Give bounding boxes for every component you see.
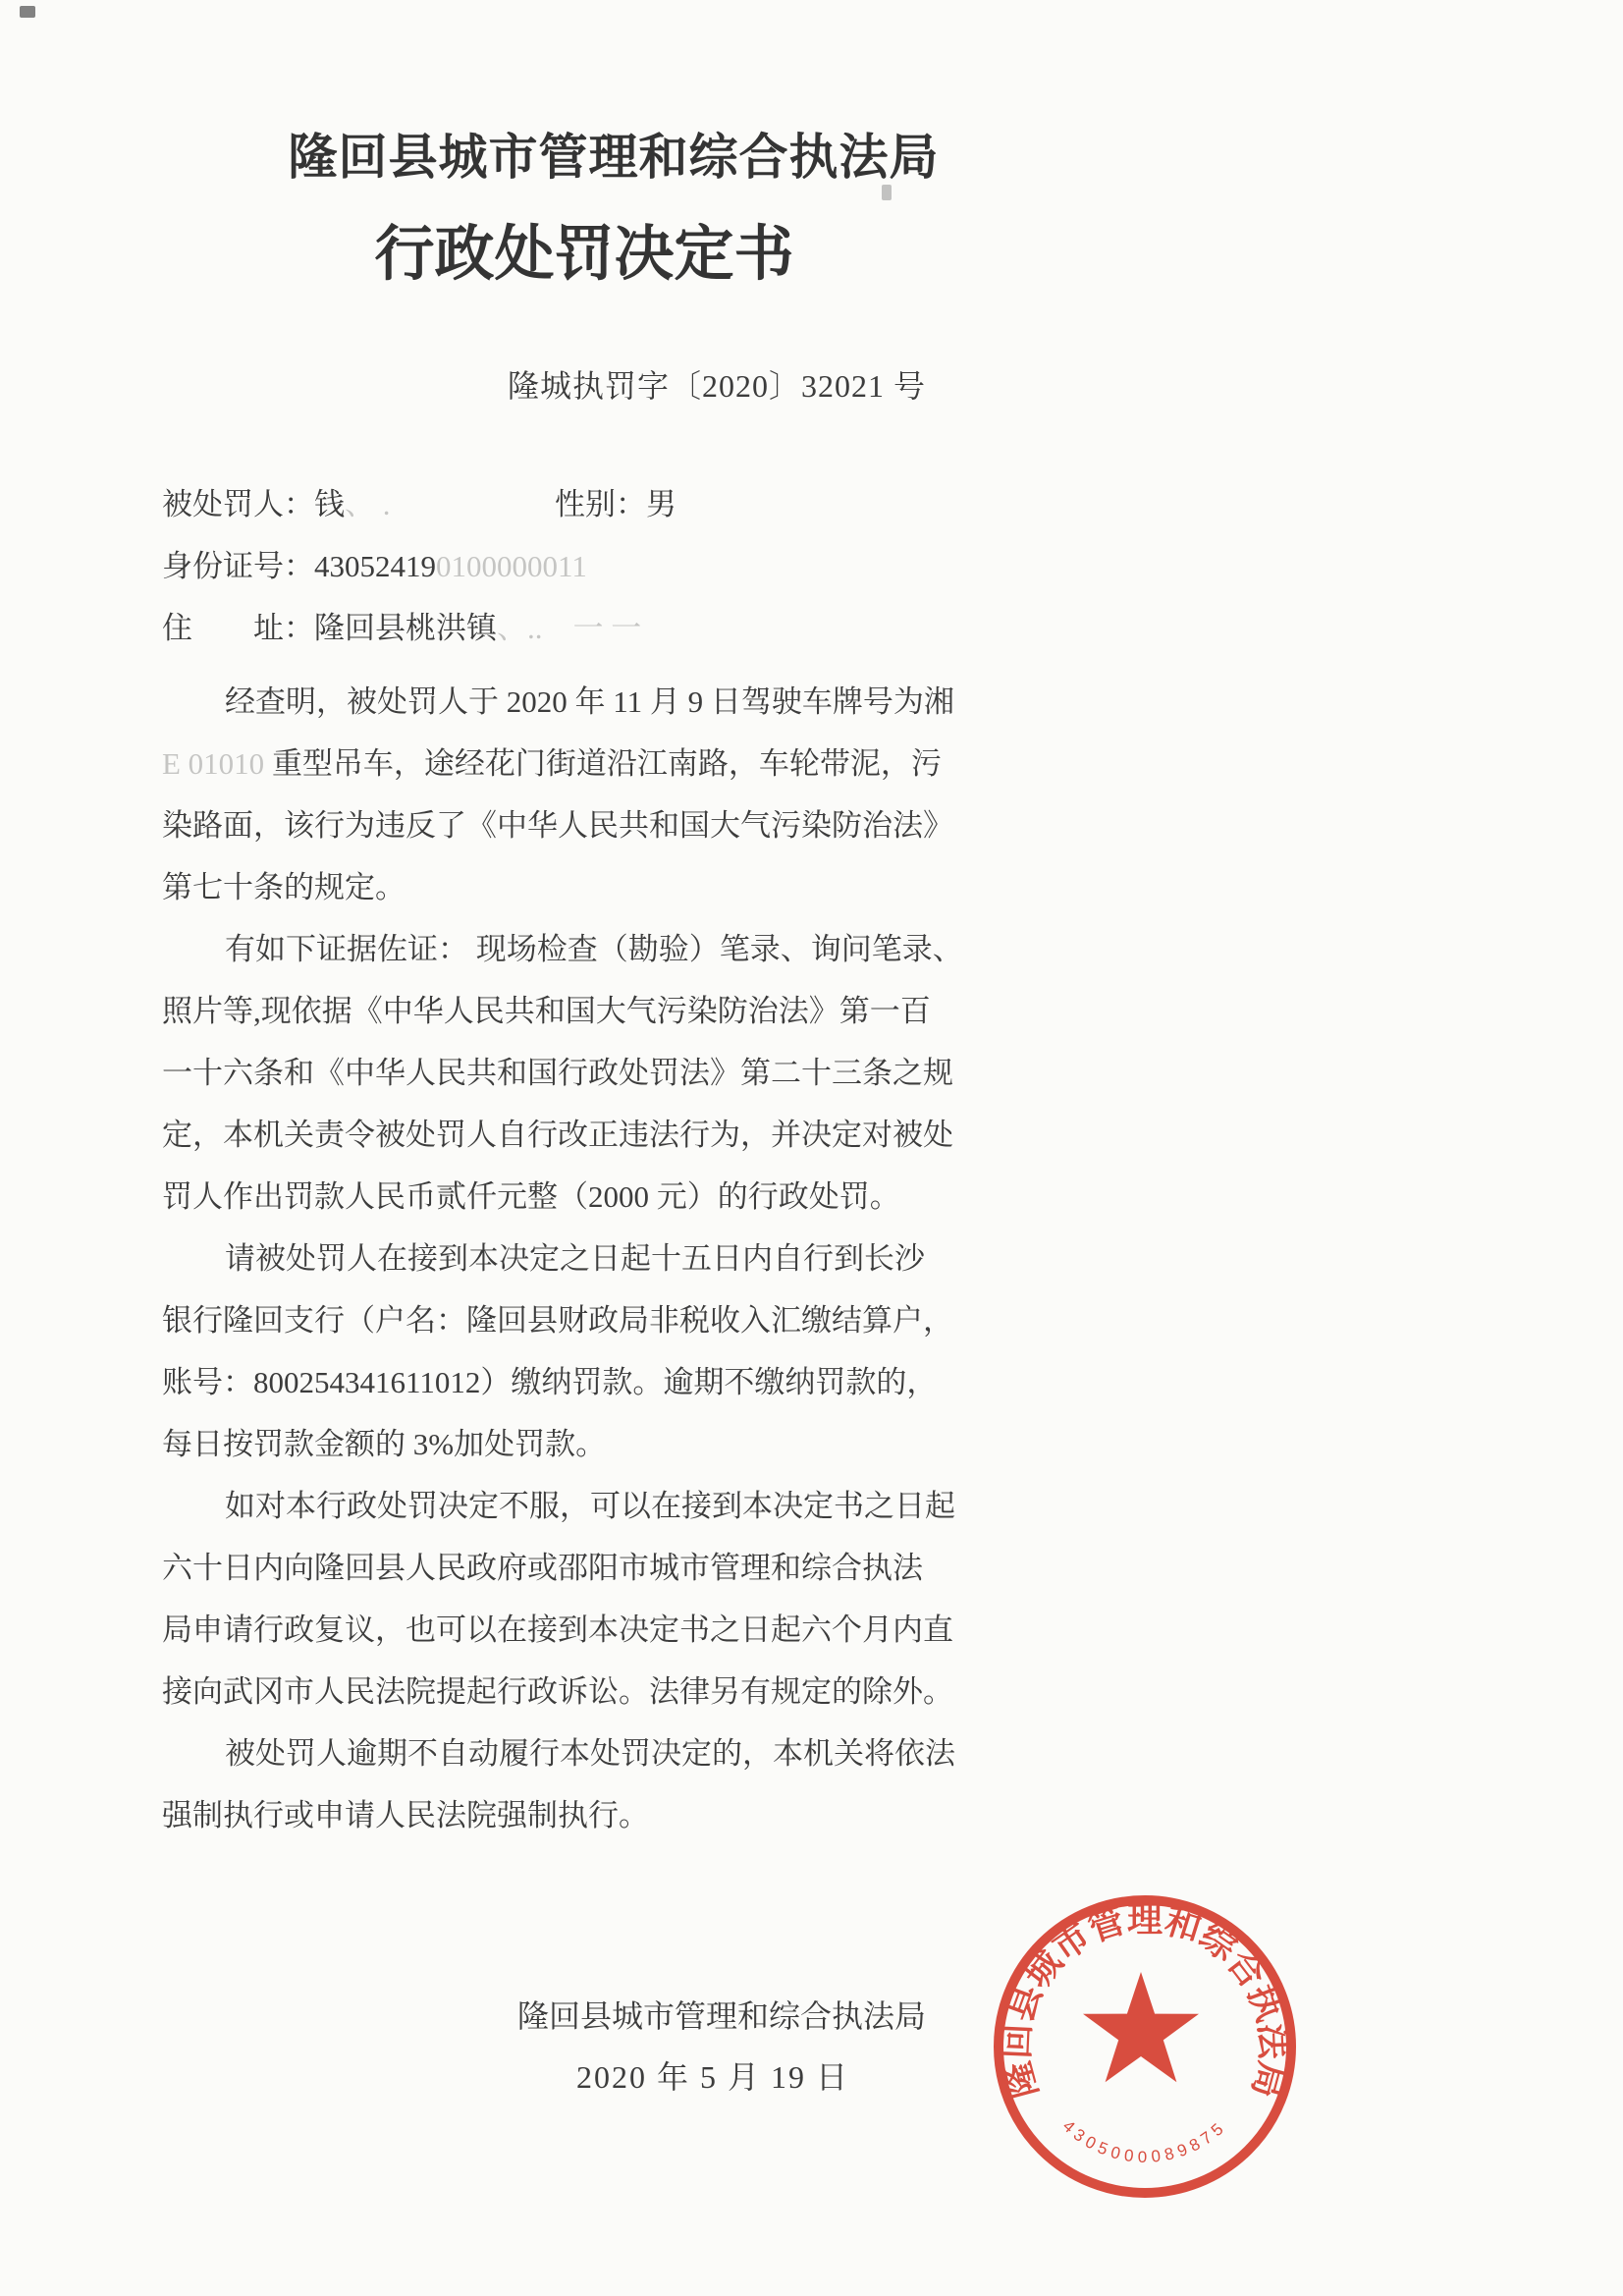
seal-serial-number: 4305000089875 — [1059, 2116, 1231, 2166]
body-line-text: 重型吊车，途经花门街道沿江南路，车轮带泥，污 — [264, 746, 942, 781]
body-line: 第七十条的规定。 — [162, 856, 938, 918]
penalized-person-label: 被处罚人： — [162, 487, 314, 521]
paragraph-enforcement: 被处罚人逾期不自动履行本处罚决定的，本机关将依法 强制执行或申请人民法院强制执行… — [162, 1722, 938, 1846]
paragraph-evidence-and-penalty: 有如下证据佐证： 现场检查（勘验）笔录、询问笔录、 照片等,现依据《中华人民共和… — [162, 918, 938, 1228]
document-title: 行政处罚决定书 — [265, 206, 903, 292]
body-line: 账号：800254341611012）缴纳罚款。逾期不缴纳罚款的， — [162, 1351, 938, 1413]
redacted-address: 、.. 一 一 — [497, 611, 641, 645]
document-number: 隆城执罚字〔2020〕32021 号 — [162, 361, 926, 407]
gender-value: 男 — [646, 487, 676, 521]
signature-agency: 隆回县城市管理和综合执法局 — [162, 1986, 926, 2047]
body-line: 六十日内向隆回县人民政府或邵阳市城市管理和综合执法 — [162, 1537, 938, 1599]
paragraph-payment-instructions: 请被处罚人在接到本决定之日起十五日内自行到长沙 银行隆回支行（户名：隆回县财政局… — [162, 1228, 938, 1475]
paragraph-findings: 经查明，被处罚人于 2020 年 11 月 9 日驾驶车牌号为湘 E 01010… — [162, 671, 938, 918]
scanned-penalty-decision-document: 隆回县城市管理和综合执法局 行政处罚决定书 隆城执罚字〔2020〕32021 号… — [0, 0, 1623, 2296]
address-label: 住 址： — [162, 611, 314, 645]
body-line: 请被处罚人在接到本决定之日起十五日内自行到长沙 — [162, 1228, 938, 1289]
body-line: 每日按罚款金额的 3%加处罚款。 — [162, 1413, 938, 1475]
penalized-person-name: 钱 — [314, 487, 345, 521]
official-seal-stamp: 隆回县城市管理和综合执法局 4305000089875 — [967, 1869, 1323, 2224]
id-value: 43052419 — [314, 549, 436, 583]
signature-date: 2020 年 5 月 19 日 — [162, 2047, 926, 2107]
redacted-name: 、 . — [345, 487, 391, 521]
body-line: 有如下证据佐证： 现场检查（勘验）笔录、询问笔录、 — [162, 918, 938, 980]
body-line: 染路面，该行为违反了《中华人民共和国大气污染防治法》 — [162, 794, 938, 856]
body-line: 被处罚人逾期不自动履行本处罚决定的，本机关将依法 — [162, 1722, 938, 1784]
issuing-agency-title: 隆回县城市管理和综合执法局 — [265, 118, 962, 189]
body-line: 一十六条和《中华人民共和国行政处罚法》第二十三条之规 — [162, 1042, 938, 1104]
id-number-line: 身份证号：430524190100000011 — [162, 535, 938, 597]
body-line: 如对本行政处罚决定不服，可以在接到本决定书之日起 — [162, 1475, 938, 1537]
body-line: 接向武冈市人民法院提起行政诉讼。法律另有规定的除外。 — [162, 1661, 938, 1722]
paragraph-appeal-rights: 如对本行政处罚决定不服，可以在接到本决定书之日起 六十日内向隆回县人民政府或邵阳… — [162, 1475, 938, 1722]
seal-serial-textpath: 4305000089875 — [1059, 2116, 1231, 2166]
redacted-license-plate: E 01010 — [162, 746, 264, 781]
scan-artifact — [20, 6, 35, 18]
seal-star-icon — [1083, 1972, 1199, 2082]
body-line: 定，本机关责令被处罚人自行改正违法行为，并决定对被处 — [162, 1104, 938, 1166]
body-line: 照片等,现依据《中华人民共和国大气污染防治法》第一百 — [162, 980, 938, 1042]
signature-block: 隆回县城市管理和综合执法局 2020 年 5 月 19 日 — [162, 1986, 926, 2107]
address-line: 住 址：隆回县桃洪镇、.. 一 一 — [162, 597, 938, 659]
body-line: 银行隆回支行（户名：隆回县财政局非税收入汇缴结算户， — [162, 1289, 938, 1351]
body-line: 经查明，被处罚人于 2020 年 11 月 9 日驾驶车牌号为湘 — [162, 671, 938, 733]
redacted-id-digits: 0100000011 — [436, 549, 587, 583]
address-value: 隆回县桃洪镇 — [314, 611, 497, 645]
body-line: E 01010 重型吊车，途经花门街道沿江南路，车轮带泥，污 — [162, 733, 938, 794]
penalized-person-line: 被处罚人：钱、 . 性别：男 — [162, 473, 938, 535]
body-line: 局申请行政复议，也可以在接到本决定书之日起六个月内直 — [162, 1599, 938, 1661]
gender-segment: 性别：男 — [555, 473, 676, 535]
body-line: 强制执行或申请人民法院强制执行。 — [162, 1784, 938, 1846]
gender-label: 性别： — [555, 487, 646, 521]
body-line: 罚人作出罚款人民币贰仟元整（2000 元）的行政处罚。 — [162, 1166, 938, 1228]
id-label: 身份证号： — [162, 549, 314, 583]
document-body: 被处罚人：钱、 . 性别：男 身份证号：430524190100000011 住… — [162, 473, 938, 1846]
